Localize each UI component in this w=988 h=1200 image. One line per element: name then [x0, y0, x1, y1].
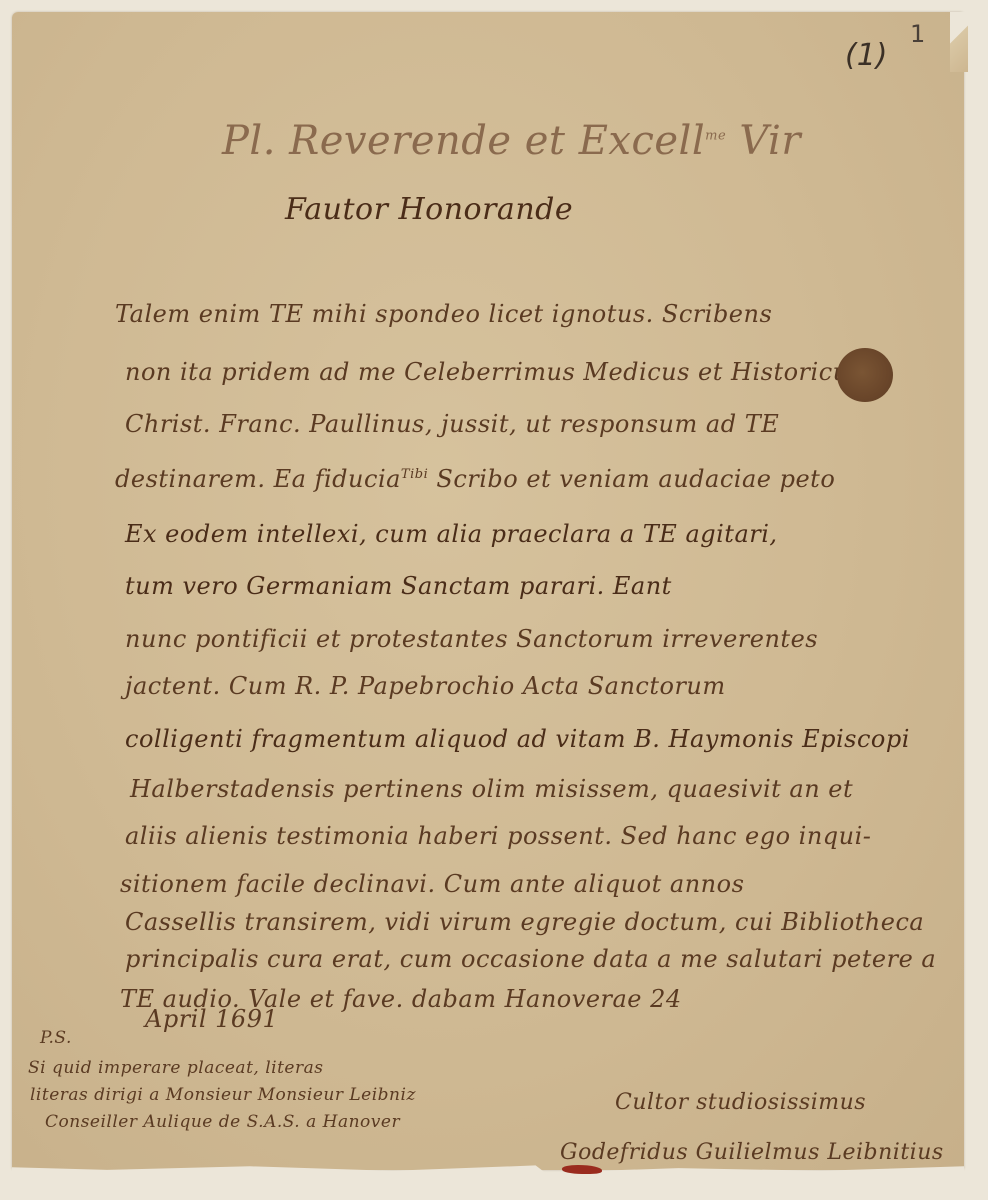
- body-line-4-start: destinarem. Ea fiducia: [115, 465, 401, 493]
- postscript-line-1: Si quid imperare placeat, literas: [28, 1058, 323, 1078]
- body-line-13: Cassellis transirem, vidi virum egregie …: [125, 908, 924, 936]
- body-line-7: nunc pontificii et protestantes Sanctoru…: [125, 625, 818, 653]
- valediction: Cultor studiosissimus: [615, 1090, 866, 1115]
- salutation-superscript: me: [705, 129, 726, 144]
- body-line-1: Talem enim TE mihi spondeo licet ignotus…: [115, 300, 772, 328]
- interlinear-insertion: Tibi: [401, 467, 428, 482]
- body-line-14: principalis cura erat, cum occasione dat…: [125, 945, 936, 973]
- body-line-3: Christ. Franc. Paullinus, jussit, ut res…: [125, 410, 779, 438]
- body-line-4: destinarem. Ea fiduciaTibi Scribo et ven…: [115, 465, 835, 493]
- subsalutation: Fautor Honorande: [285, 192, 573, 227]
- red-wax-fragment: [562, 1165, 602, 1174]
- postscript-line-3: Conseiller Aulique de S.A.S. a Hanover: [45, 1112, 400, 1132]
- body-line-11: aliis alienis testimonia haberi possent.…: [125, 822, 871, 850]
- body-line-10: Halberstadensis pertinens olim misissem,…: [130, 775, 853, 803]
- body-line-4-rest: Scribo et veniam audaciae peto: [436, 465, 835, 493]
- signature: Godefridus Guilielmus Leibnitius: [560, 1140, 944, 1165]
- body-line-5: Ex eodem intellexi, cum alia praeclara a…: [125, 520, 778, 548]
- folio-number: 1: [910, 20, 925, 48]
- salutation-end: Vir: [739, 118, 801, 164]
- folio-mark: (1): [845, 38, 888, 73]
- postscript-line-2: literas dirigi a Monsieur Monsieur Leibn…: [30, 1085, 416, 1105]
- body-line-8: jactent. Cum R. P. Papebrochio Acta Sanc…: [125, 672, 726, 700]
- body-line-2: non ita pridem ad me Celeberrimus Medicu…: [125, 358, 861, 386]
- date-line: April 1691: [145, 1005, 278, 1033]
- wax-seal-stain: [837, 348, 893, 402]
- body-line-6: tum vero Germaniam Sanctam parari. Eant: [125, 572, 672, 600]
- salutation-main: Pl. Reverende et Excell: [222, 118, 705, 164]
- body-line-12: sitionem facile declinavi. Cum ante aliq…: [120, 870, 744, 898]
- postscript-label: P.S.: [40, 1028, 72, 1048]
- body-line-9: colligenti fragmentum aliquod ad vitam B…: [125, 725, 910, 753]
- salutation: Pl. Reverende et Excellme Vir: [222, 118, 801, 164]
